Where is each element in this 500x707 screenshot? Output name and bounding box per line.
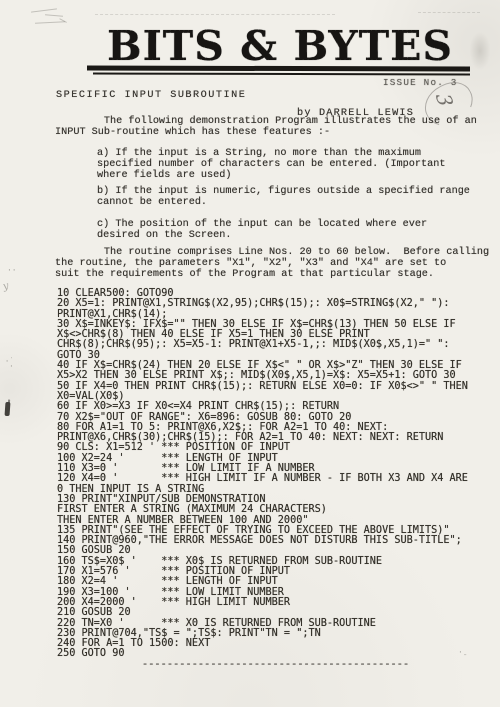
margin-pencil-mark: y <box>2 280 10 292</box>
section-separator-dashes: ----------------------------------------… <box>142 661 409 672</box>
article-title: SPECIFIC INPUT SUBROUTINE <box>56 91 246 102</box>
margin-ink-blob <box>5 402 11 416</box>
margin-speck-marks: ·˙ · <box>5 360 13 370</box>
scanned-newsletter-page: BITS & BYTES ISSUE No. 3 3 SPECIFIC INPU… <box>0 0 500 707</box>
newsletter-masthead-title: BITS & BYTES <box>86 26 474 66</box>
margin-pencil-dots: ·· <box>7 266 17 275</box>
pencil-scribble-mark <box>25 6 85 32</box>
masthead-underline-thin <box>93 72 470 75</box>
intro-paragraph: The following demonstration Program illu… <box>55 117 477 139</box>
masthead-underline-thick <box>87 65 470 71</box>
feature-item-a: a) If the input is a String, no more tha… <box>97 149 445 181</box>
scan-edge-artifact <box>418 12 480 13</box>
basic-code-listing: 10 CLEAR500: GOTO90 20 X5=1: PRINT@X1,ST… <box>57 289 468 660</box>
scan-edge-artifact <box>95 14 335 15</box>
feature-item-b: b) If the input is numeric, figures outs… <box>97 187 470 209</box>
bottom-right-speck: ·ˍ <box>458 648 468 657</box>
feature-item-c: c) The position of the input can be loca… <box>97 220 427 242</box>
routine-description-paragraph: The routine comprises Line Nos. 20 to 60… <box>55 248 489 280</box>
